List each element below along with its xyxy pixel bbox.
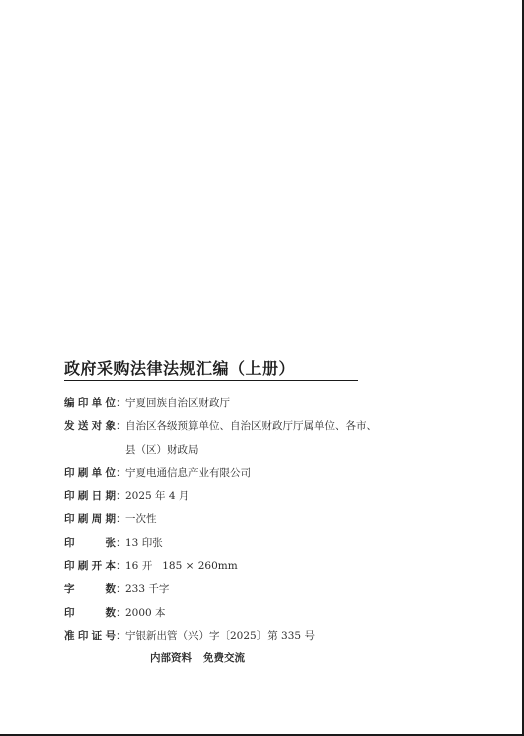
colophon-label: 编 印 单 位 bbox=[64, 392, 116, 415]
colophon-value: 2000 本 bbox=[125, 602, 166, 625]
footer-note-internal-free: 内部资料 免费交流 bbox=[150, 650, 245, 665]
colophon-label: 印 刷 周 期 bbox=[64, 508, 116, 531]
colophon-label: 字 数 bbox=[64, 578, 116, 601]
colophon-value: 宁夏回族自治区财政厅 bbox=[125, 392, 230, 415]
colon: ： bbox=[116, 462, 125, 485]
document-page: 政府采购法律法规汇编（上册） 编 印 单 位 ： 宁夏回族自治区财政厅 发 送 … bbox=[0, 0, 524, 736]
colon: ： bbox=[116, 485, 125, 508]
colophon-row-printed-sheets: 印 张 ： 13 印张 bbox=[64, 532, 464, 555]
title-underline-rule bbox=[64, 380, 358, 381]
colophon-value: 16 开 185 × 260mm bbox=[125, 555, 238, 578]
colophon-row-format: 印 刷 开 本 ： 16 开 185 × 260mm bbox=[64, 555, 464, 578]
colophon-label: 印 数 bbox=[64, 602, 116, 625]
colophon-label: 印 张 bbox=[64, 532, 116, 555]
colophon-row-permit-number: 准 印 证 号 ： 宁银新出管（兴）字〔2025〕第 335 号 bbox=[64, 625, 464, 648]
colophon-value: 宁夏电通信息产业有限公司 bbox=[125, 462, 251, 485]
colophon-label: 印 刷 单 位 bbox=[64, 462, 116, 485]
colophon-value: 宁银新出管（兴）字〔2025〕第 335 号 bbox=[125, 625, 315, 648]
colon: ： bbox=[116, 415, 125, 438]
colophon-value: 233 千字 bbox=[125, 578, 169, 601]
colon: ： bbox=[116, 602, 125, 625]
colon: ： bbox=[116, 625, 125, 648]
colon: ： bbox=[116, 578, 125, 601]
colophon-row-editor: 编 印 单 位 ： 宁夏回族自治区财政厅 bbox=[64, 392, 464, 415]
colophon-row-print-date: 印 刷 日 期 ： 2025 年 4 月 bbox=[64, 485, 464, 508]
colophon-label: 发 送 对 象 bbox=[64, 415, 116, 438]
colophon-info-block: 编 印 单 位 ： 宁夏回族自治区财政厅 发 送 对 象 ： 自治区各级预算单位… bbox=[64, 392, 464, 648]
colon: ： bbox=[116, 532, 125, 555]
colophon-value: 自治区各级预算单位、自治区财政厅厅属单位、各市、 县（区）财政局 bbox=[125, 415, 377, 462]
colon: ： bbox=[116, 392, 125, 415]
colophon-value: 13 印张 bbox=[125, 532, 163, 555]
document-title: 政府采购法律法规汇编（上册） bbox=[64, 356, 295, 379]
colophon-row-recipients: 发 送 对 象 ： 自治区各级预算单位、自治区财政厅厅属单位、各市、 县（区）财… bbox=[64, 415, 464, 462]
colophon-row-print-cycle: 印 刷 周 期 ： 一次性 bbox=[64, 508, 464, 531]
colophon-value: 一次性 bbox=[125, 508, 157, 531]
colon: ： bbox=[116, 555, 125, 578]
colophon-label: 印 刷 日 期 bbox=[64, 485, 116, 508]
colophon-row-printer: 印 刷 单 位 ： 宁夏电通信息产业有限公司 bbox=[64, 462, 464, 485]
colophon-value: 2025 年 4 月 bbox=[125, 485, 189, 508]
colophon-row-word-count: 字 数 ： 233 千字 bbox=[64, 578, 464, 601]
colon: ： bbox=[116, 508, 125, 531]
colophon-label: 印 刷 开 本 bbox=[64, 555, 116, 578]
colophon-label: 准 印 证 号 bbox=[64, 625, 116, 648]
colophon-row-print-run: 印 数 ： 2000 本 bbox=[64, 602, 464, 625]
